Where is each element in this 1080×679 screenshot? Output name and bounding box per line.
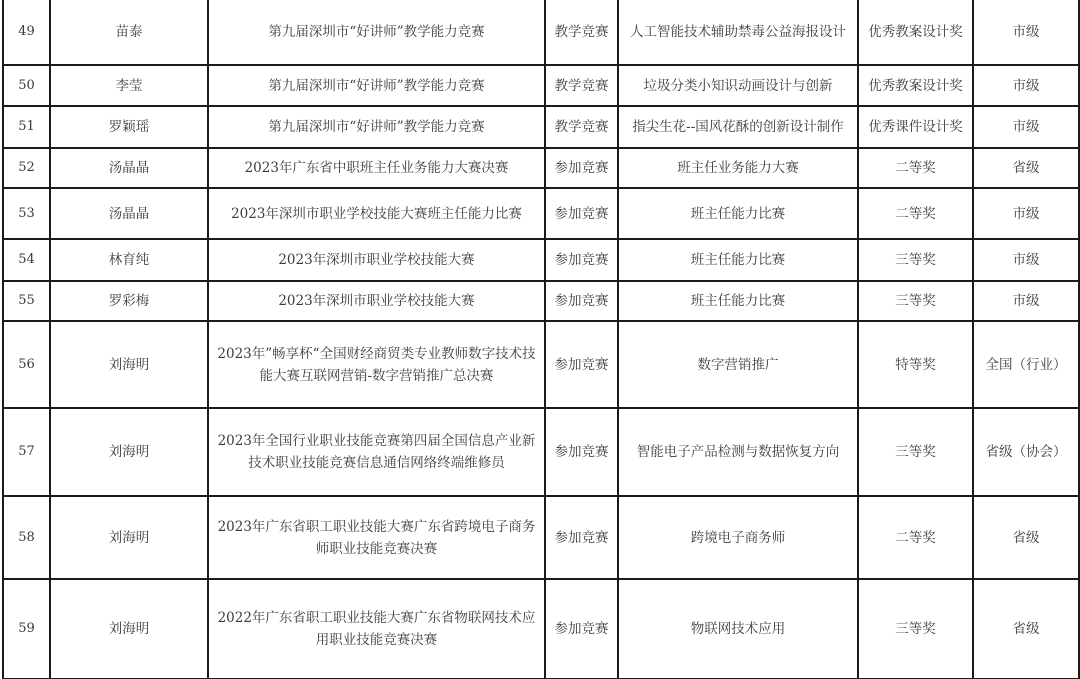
cell-no: 58 [3, 496, 50, 579]
cell-no: 59 [3, 579, 50, 679]
cell-competition: 第九届深圳市“好讲师”教学能力竞赛 [208, 106, 545, 148]
cell-name: 罗颖瑶 [50, 106, 208, 148]
cell-project: 跨境电子商务师 [618, 496, 858, 579]
cell-type: 参加竞赛 [545, 188, 618, 239]
cell-competition: 第九届深圳市“好讲师”教学能力竞赛 [208, 0, 545, 65]
cell-name: 李莹 [50, 65, 208, 106]
cell-no: 53 [3, 188, 50, 239]
awards-table: 49 苗泰 第九届深圳市“好讲师”教学能力竞赛 教学竞赛 人工智能技术辅助禁毒公… [2, 0, 1080, 679]
cell-name: 汤晶晶 [50, 148, 208, 188]
cell-competition: 2023年全国行业职业技能竞赛第四届全国信息产业新技术职业技能竞赛信息通信网络终… [208, 408, 545, 496]
cell-no: 55 [3, 281, 50, 321]
cell-competition: 2023年深圳市职业学校技能大赛 [208, 239, 545, 281]
table-row: 57 刘海明 2023年全国行业职业技能竞赛第四届全国信息产业新技术职业技能竞赛… [3, 408, 1079, 496]
table-row: 54 林育纯 2023年深圳市职业学校技能大赛 参加竞赛 班主任能力比赛 三等奖… [3, 239, 1079, 281]
cell-project: 指尖生花--国风花酥的创新设计制作 [618, 106, 858, 148]
table-row: 49 苗泰 第九届深圳市“好讲师”教学能力竞赛 教学竞赛 人工智能技术辅助禁毒公… [3, 0, 1079, 65]
cell-level: 省级 [973, 496, 1079, 579]
cell-no: 56 [3, 321, 50, 408]
table-row: 51 罗颖瑶 第九届深圳市“好讲师”教学能力竞赛 教学竞赛 指尖生花--国风花酥… [3, 106, 1079, 148]
cell-project: 班主任能力比赛 [618, 281, 858, 321]
cell-award: 二等奖 [858, 496, 973, 579]
table-row: 52 汤晶晶 2023年广东省中职班主任业务能力大赛决赛 参加竞赛 班主任业务能… [3, 148, 1079, 188]
cell-type: 参加竞赛 [545, 579, 618, 679]
cell-award: 三等奖 [858, 408, 973, 496]
cell-no: 50 [3, 65, 50, 106]
cell-award: 特等奖 [858, 321, 973, 408]
cell-no: 54 [3, 239, 50, 281]
cell-level: 省级 [973, 579, 1079, 679]
cell-award: 优秀教案设计奖 [858, 65, 973, 106]
cell-award: 优秀教案设计奖 [858, 0, 973, 65]
cell-competition: 2023年广东省中职班主任业务能力大赛决赛 [208, 148, 545, 188]
cell-level: 市级 [973, 106, 1079, 148]
cell-type: 参加竞赛 [545, 321, 618, 408]
cell-type: 教学竞赛 [545, 106, 618, 148]
cell-name: 刘海明 [50, 579, 208, 679]
cell-name: 罗彩梅 [50, 281, 208, 321]
cell-no: 51 [3, 106, 50, 148]
cell-level: 市级 [973, 188, 1079, 239]
table-row: 53 汤晶晶 2023年深圳市职业学校技能大赛班主任能力比赛 参加竞赛 班主任能… [3, 188, 1079, 239]
cell-name: 汤晶晶 [50, 188, 208, 239]
cell-no: 49 [3, 0, 50, 65]
cell-name: 苗泰 [50, 0, 208, 65]
cell-type: 参加竞赛 [545, 148, 618, 188]
cell-level: 市级 [973, 0, 1079, 65]
table-row: 50 李莹 第九届深圳市“好讲师”教学能力竞赛 教学竞赛 垃圾分类小知识动画设计… [3, 65, 1079, 106]
cell-name: 刘海明 [50, 321, 208, 408]
cell-award: 三等奖 [858, 579, 973, 679]
cell-type: 参加竞赛 [545, 408, 618, 496]
cell-level: 省级（协会） [973, 408, 1079, 496]
cell-name: 刘海明 [50, 408, 208, 496]
cell-level: 省级 [973, 148, 1079, 188]
cell-project: 数字营销推广 [618, 321, 858, 408]
table-row: 55 罗彩梅 2023年深圳市职业学校技能大赛 参加竞赛 班主任能力比赛 三等奖… [3, 281, 1079, 321]
cell-project: 垃圾分类小知识动画设计与创新 [618, 65, 858, 106]
cell-type: 参加竞赛 [545, 239, 618, 281]
cell-name: 林育纯 [50, 239, 208, 281]
cell-no: 57 [3, 408, 50, 496]
cell-type: 教学竞赛 [545, 0, 618, 65]
cell-award: 优秀课件设计奖 [858, 106, 973, 148]
cell-project: 班主任能力比赛 [618, 239, 858, 281]
table-row: 58 刘海明 2023年广东省职工职业技能大赛广东省跨境电子商务师职业技能竞赛决… [3, 496, 1079, 579]
cell-type: 参加竞赛 [545, 496, 618, 579]
cell-no: 52 [3, 148, 50, 188]
cell-competition: 2023年深圳市职业学校技能大赛 [208, 281, 545, 321]
cell-competition: 2022年广东省职工职业技能大赛广东省物联网技术应用职业技能竞赛决赛 [208, 579, 545, 679]
cell-project: 物联网技术应用 [618, 579, 858, 679]
cell-project: 班主任业务能力大赛 [618, 148, 858, 188]
cell-competition: 2023年广东省职工职业技能大赛广东省跨境电子商务师职业技能竞赛决赛 [208, 496, 545, 579]
cell-level: 全国（行业） [973, 321, 1079, 408]
cell-level: 市级 [973, 239, 1079, 281]
cell-competition: 2023年深圳市职业学校技能大赛班主任能力比赛 [208, 188, 545, 239]
table-row: 59 刘海明 2022年广东省职工职业技能大赛广东省物联网技术应用职业技能竞赛决… [3, 579, 1079, 679]
table-row: 56 刘海明 2023年”畅享杯“全国财经商贸类专业教师数字技术技能大赛互联网营… [3, 321, 1079, 408]
cell-award: 三等奖 [858, 281, 973, 321]
cell-award: 三等奖 [858, 239, 973, 281]
cell-project: 人工智能技术辅助禁毒公益海报设计 [618, 0, 858, 65]
cell-level: 市级 [973, 281, 1079, 321]
cell-level: 市级 [973, 65, 1079, 106]
cell-award: 二等奖 [858, 188, 973, 239]
cell-award: 二等奖 [858, 148, 973, 188]
cell-project: 班主任能力比赛 [618, 188, 858, 239]
cell-project: 智能电子产品检测与数据恢复方向 [618, 408, 858, 496]
cell-name: 刘海明 [50, 496, 208, 579]
cell-competition: 2023年”畅享杯“全国财经商贸类专业教师数字技术技能大赛互联网营销-数字营销推… [208, 321, 545, 408]
cell-competition: 第九届深圳市“好讲师”教学能力竞赛 [208, 65, 545, 106]
cell-type: 教学竞赛 [545, 65, 618, 106]
cell-type: 参加竞赛 [545, 281, 618, 321]
